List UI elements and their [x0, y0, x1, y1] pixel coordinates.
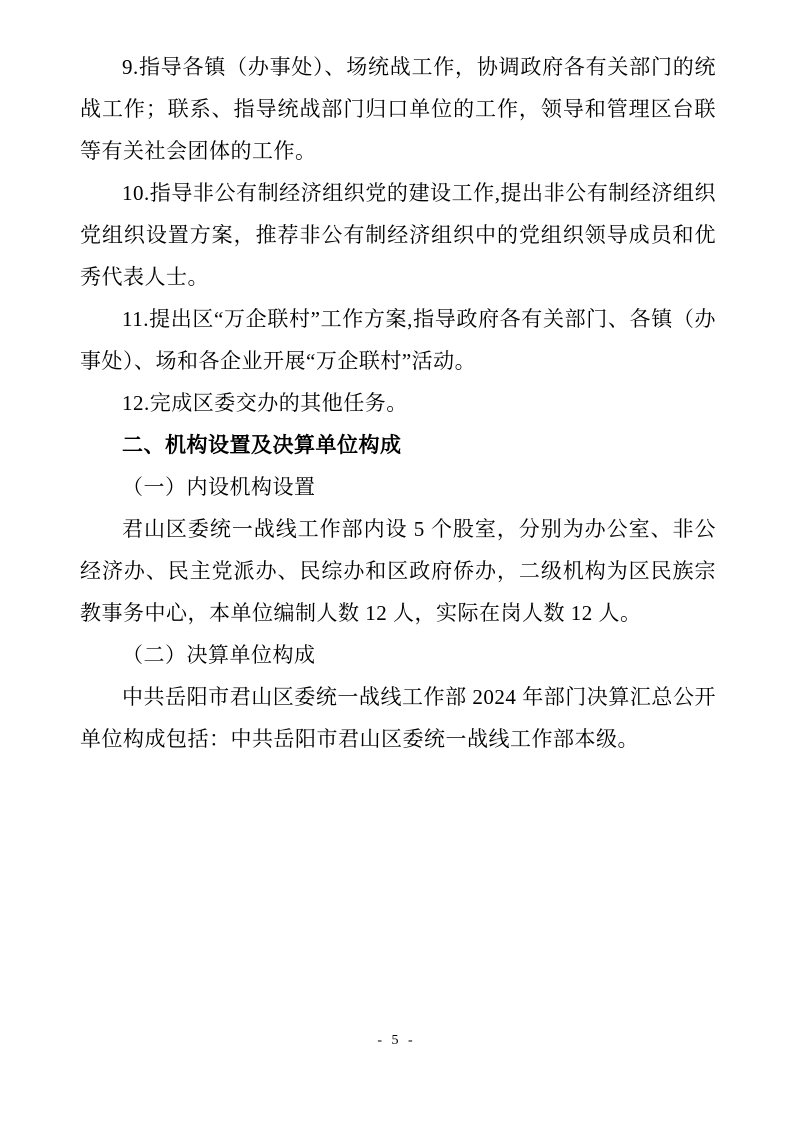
list-item-12: 12.完成区委交办的其他任务。 [80, 382, 716, 424]
document-content: 9.指导各镇（办事处）、场统战工作，协调政府各有关部门的统战工作；联系、指导统战… [80, 46, 716, 760]
subsection-body-1: 君山区委统一战线工作部内设 5 个股室，分别为办公室、非公经济办、民主党派办、民… [80, 508, 716, 634]
subsection-body-2: 中共岳阳市君山区委统一战线工作部 2024 年部门决算汇总公开单位构成包括：中共… [80, 676, 716, 760]
subsection-title-1: （一）内设机构设置 [80, 466, 716, 508]
document-page: 9.指导各镇（办事处）、场统战工作，协调政府各有关部门的统战工作；联系、指导统战… [0, 0, 793, 1122]
section-heading: 二、机构设置及决算单位构成 [80, 424, 716, 466]
list-item-9: 9.指导各镇（办事处）、场统战工作，协调政府各有关部门的统战工作；联系、指导统战… [80, 46, 716, 172]
page-number: - 5 - [0, 1033, 793, 1049]
subsection-title-2: （二）决算单位构成 [80, 634, 716, 676]
list-item-11: 11.提出区“万企联村”工作方案,指导政府各有关部门、各镇（办事处）、场和各企业… [80, 298, 716, 382]
list-item-10: 10.指导非公有制经济组织党的建设工作,提出非公有制经济组织党组织设置方案，推荐… [80, 172, 716, 298]
